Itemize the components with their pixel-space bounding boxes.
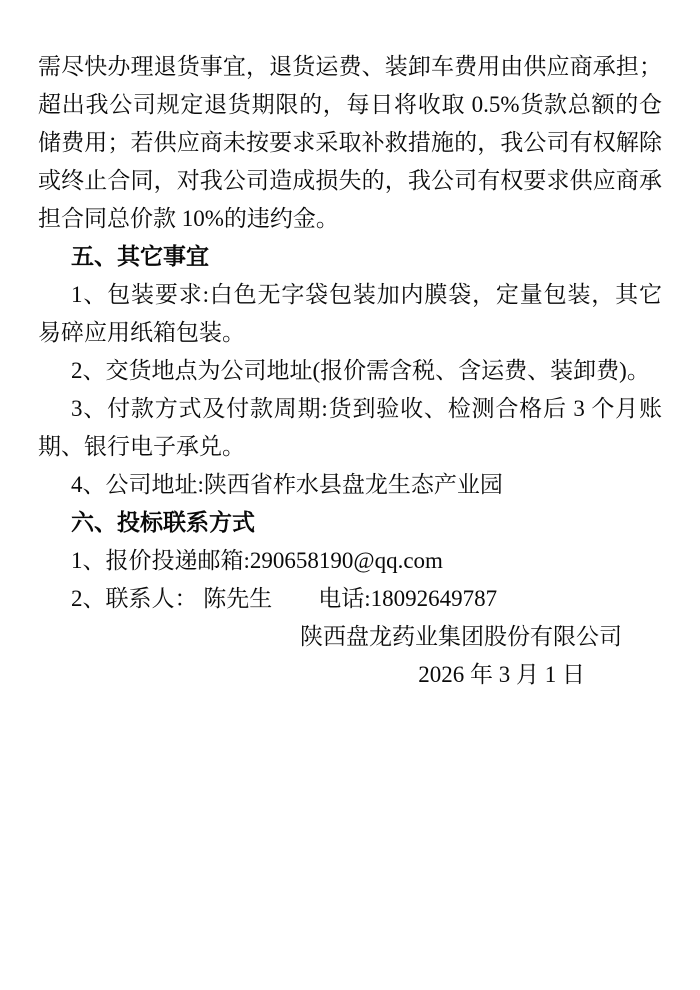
signature-date: 2026 年 3 月 1 日 xyxy=(38,656,662,694)
item-company-address: 4、公司地址:陕西省柞水县盘龙生态产业园 xyxy=(38,466,662,504)
section-heading-other-matters: 五、其它事宜 xyxy=(38,238,662,276)
item-payment-terms: 3、付款方式及付款周期:货到验收、检测合格后 3 个月账期、银行电子承兑。 xyxy=(38,390,662,466)
document-content: 需尽快办理退货事宜，退货运费、装卸车费用由供应商承担；超出我公司规定退货期限的，… xyxy=(38,48,662,694)
document-page: 需尽快办理退货事宜，退货运费、装卸车费用由供应商承担；超出我公司规定退货期限的，… xyxy=(0,0,700,990)
item-quote-email: 1、报价投递邮箱:290658190@qq.com xyxy=(38,542,662,580)
section-heading-bid-contact: 六、投标联系方式 xyxy=(38,504,662,542)
paragraph-return-terms: 需尽快办理退货事宜，退货运费、装卸车费用由供应商承担；超出我公司规定退货期限的，… xyxy=(38,48,662,238)
signature-company-name: 陕西盘龙药业集团股份有限公司 xyxy=(38,618,662,656)
item-packaging-requirements: 1、包装要求:白色无字袋包装加内膜袋，定量包装，其它易碎应用纸箱包装。 xyxy=(38,276,662,352)
item-contact-person: 2、联系人： 陈先生 电话:18092649787 xyxy=(38,580,662,618)
item-delivery-location: 2、交货地点为公司地址(报价需含税、含运费、装卸费)。 xyxy=(38,352,662,390)
